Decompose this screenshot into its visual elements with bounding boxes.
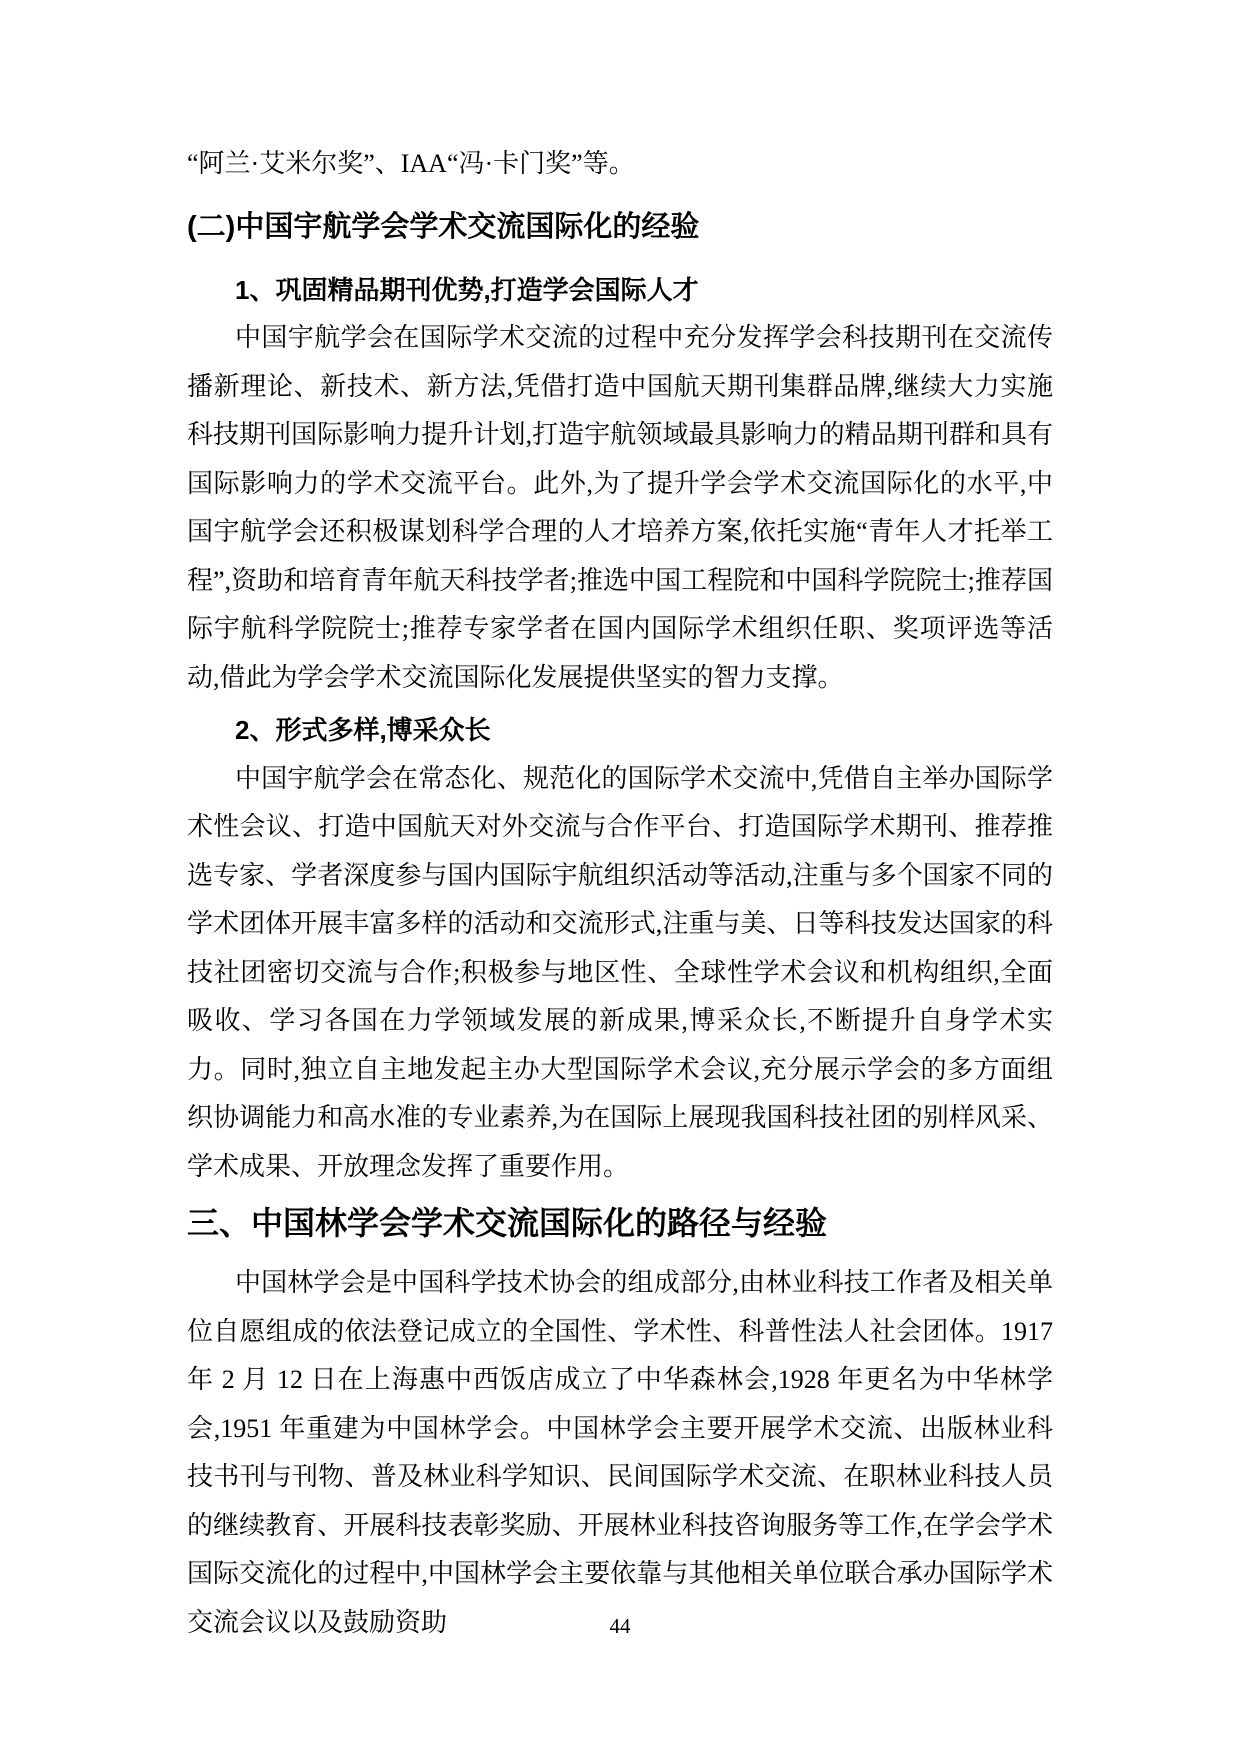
paragraph-point-1: 中国宇航学会在国际学术交流的过程中充分发挥学会科技期刊在交流传播新理论、新技术、… — [187, 314, 1053, 702]
paragraph-section-3: 中国林学会是中国科学技术协会的组成部分,由林业科技工作者及相关单位自愿组成的依法… — [187, 1259, 1053, 1647]
paragraph-point-2: 中国宇航学会在常态化、规范化的国际学术交流中,凭借自主举办国际学术性会议、打造中… — [187, 755, 1053, 1192]
heading-section-3: 三、中国林学会学术交流国际化的路径与经验 — [187, 1197, 1053, 1249]
paragraph-continuation: “阿兰·艾米尔奖”、IAA“冯·卡门奖”等。 — [187, 140, 1053, 189]
document-page: “阿兰·艾米尔奖”、IAA“冯·卡门奖”等。 (二)中国宇航学会学术交流国际化的… — [0, 0, 1240, 1753]
heading-point-1: 1、巩固精品期刊优势,打造学会国际人才 — [187, 266, 1053, 315]
heading-point-2: 2、形式多样,博采众长 — [187, 706, 1053, 755]
page-number: 44 — [0, 1612, 1240, 1640]
heading-section-2: (二)中国宇航学会学术交流国际化的经验 — [187, 202, 1053, 252]
text-block: “阿兰·艾米尔奖”、IAA“冯·卡门奖”等。 (二)中国宇航学会学术交流国际化的… — [187, 140, 1053, 1647]
